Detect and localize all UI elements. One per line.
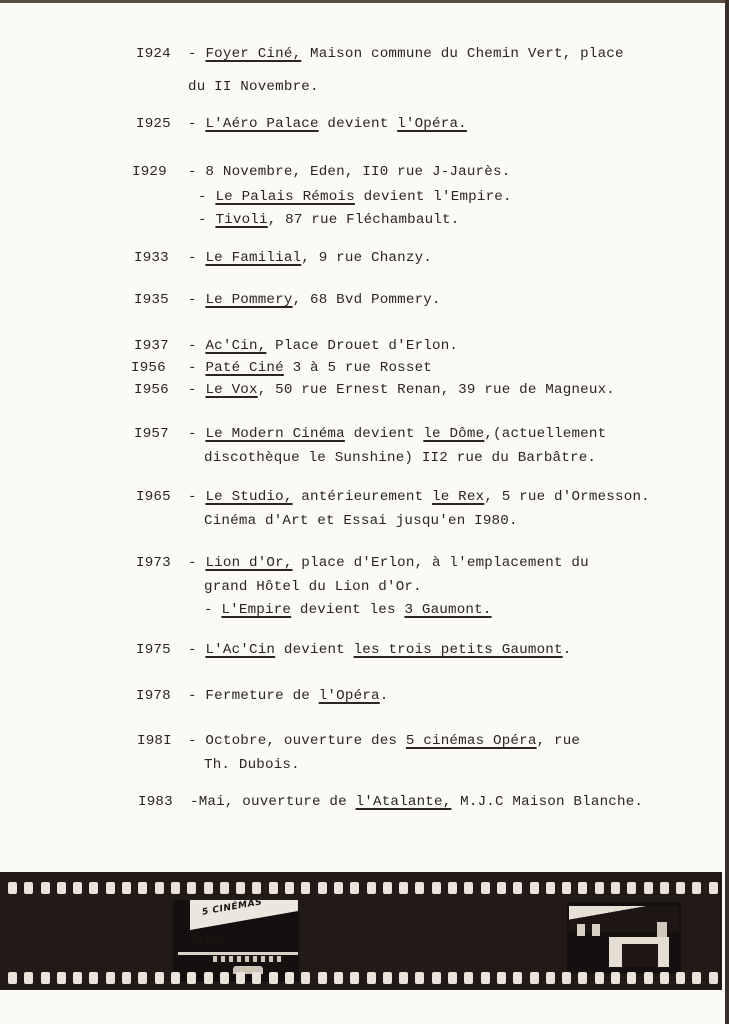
film-perforation <box>464 972 473 984</box>
film-perforation <box>252 972 261 984</box>
film-perforation <box>692 972 701 984</box>
venue-name: L'Aéro Palace <box>205 116 318 132</box>
film-perforation <box>562 882 571 894</box>
film-perforation <box>546 972 555 984</box>
venue-name: Le Palais Rémois <box>215 189 354 205</box>
film-perforation <box>57 972 66 984</box>
film-perforation <box>73 972 82 984</box>
venue-name: Paté Ciné <box>205 360 283 376</box>
film-perforation <box>73 882 82 894</box>
entry-year: I983 <box>138 792 198 812</box>
entry-line: - Lion d'Or, place d'Erlon, à l'emplacem… <box>188 553 589 573</box>
film-perforation <box>252 882 261 894</box>
venue-name: l'Atalante, <box>356 794 452 810</box>
house-door <box>622 944 658 967</box>
film-perforation <box>530 882 539 894</box>
entry-text: discothèque le Sunshine) II2 rue du Barb… <box>204 450 596 466</box>
entry-year: I965 <box>136 487 196 507</box>
house-window <box>592 924 600 936</box>
film-perforation <box>448 882 457 894</box>
film-perforation <box>220 972 229 984</box>
film-perforation <box>611 882 620 894</box>
entry-line: - Fermeture de l'Opéra. <box>188 686 388 706</box>
shopfront <box>213 956 283 962</box>
film-perforation <box>106 972 115 984</box>
film-perforation <box>350 882 359 894</box>
film-perforation <box>464 882 473 894</box>
film-perforation <box>138 972 147 984</box>
entry-year: I933 <box>134 248 194 268</box>
entry-text: grand Hôtel du Lion d'Or. <box>204 579 422 595</box>
film-perforation <box>481 882 490 894</box>
film-perforations-top <box>8 882 722 894</box>
entry-line: - L'Empire devient les 3 Gaumont. <box>204 600 492 620</box>
film-perforation <box>481 972 490 984</box>
film-perforation <box>8 882 17 894</box>
film-perforation <box>676 972 685 984</box>
entry-line: - Foyer Ciné, Maison commune du Chemin V… <box>188 44 624 64</box>
venue-name: L'Ac'Cin <box>205 642 275 658</box>
film-perforation <box>399 882 408 894</box>
entry-text: 3 à 5 rue Rosset <box>284 360 432 376</box>
cinema-sign: 5 CINÉMAS OPÉRA <box>190 900 298 930</box>
entry-line: grand Hôtel du Lion d'Or. <box>204 577 422 597</box>
venue-name: 3 Gaumont. <box>404 602 491 618</box>
entry-text: antérieurement <box>293 489 432 505</box>
film-perforation <box>187 972 196 984</box>
entry-text: , 5 rue d'Ormesson. <box>484 489 650 505</box>
film-perforation <box>106 882 115 894</box>
entry-line: Th. Dubois. <box>204 755 300 775</box>
film-perforation <box>334 882 343 894</box>
house-panel <box>657 922 667 938</box>
venue-name: Le Pommery <box>205 292 292 308</box>
entry-text: Place Drouet d'Erlon. <box>266 338 458 354</box>
film-perforation <box>627 972 636 984</box>
entry-text: . <box>380 688 389 704</box>
entry-year: I973 <box>136 553 196 573</box>
venue-name: Le Studio, <box>205 489 292 505</box>
entry-line: -Mai, ouverture de l'Atalante, M.J.C Mai… <box>190 792 643 812</box>
venue-name: L'Empire <box>221 602 291 618</box>
film-perforation <box>383 882 392 894</box>
film-perforation <box>709 972 718 984</box>
film-perforation <box>155 972 164 984</box>
film-perforation <box>367 882 376 894</box>
film-perforation <box>513 882 522 894</box>
film-strip: 5 CINÉMAS OPÉRA <box>0 872 722 990</box>
film-perforation <box>122 882 131 894</box>
film-perforation <box>57 882 66 894</box>
venue-name: Le Familial <box>205 250 301 266</box>
film-perforation <box>448 972 457 984</box>
entry-line: - Le Vox, 50 rue Ernest Renan, 39 rue de… <box>188 380 615 400</box>
entry-text: Maison commune du Chemin Vert, place <box>301 46 623 62</box>
film-perforation <box>89 882 98 894</box>
film-perforation <box>301 972 310 984</box>
entry-text: du II Novembre. <box>188 79 319 95</box>
film-perforation <box>660 882 669 894</box>
entry-text: place d'Erlon, à l'emplacement du <box>293 555 589 571</box>
entry-text: , rue <box>537 733 581 749</box>
entry-text: - <box>188 116 205 132</box>
film-perforation <box>350 972 359 984</box>
entry-line: - Ac'Cin, Place Drouet d'Erlon. <box>188 336 458 356</box>
venue-name: le Dôme <box>423 426 484 442</box>
canopy <box>178 952 298 955</box>
venue-name: Foyer Ciné, <box>205 46 301 62</box>
film-perforation <box>285 972 294 984</box>
film-perforation <box>660 972 669 984</box>
film-perforations-bottom <box>8 972 722 984</box>
film-perforation <box>627 882 636 894</box>
film-perforation <box>155 882 164 894</box>
film-perforation <box>383 972 392 984</box>
film-perforation <box>578 882 587 894</box>
entry-text: - <box>188 642 205 658</box>
film-perforation <box>513 972 522 984</box>
house-window <box>577 924 585 936</box>
venue-name: l'Opéra. <box>397 116 467 132</box>
entry-text: - <box>188 360 205 376</box>
film-perforation <box>692 882 701 894</box>
film-perforation <box>611 972 620 984</box>
entry-text: - <box>188 292 205 308</box>
film-perforation <box>269 972 278 984</box>
film-perforation <box>415 882 424 894</box>
entry-text: . <box>563 642 572 658</box>
venue-name: Le Modern Cinéma <box>205 426 344 442</box>
film-perforation <box>236 972 245 984</box>
entry-text: -Mai, ouverture de <box>190 794 356 810</box>
film-perforation <box>644 972 653 984</box>
entry-text: - <box>188 46 205 62</box>
film-perforation <box>399 972 408 984</box>
film-perforation <box>497 882 506 894</box>
entry-text: devient <box>319 116 397 132</box>
film-perforation <box>236 882 245 894</box>
entry-year: I935 <box>134 290 194 310</box>
entry-text: - <box>188 382 205 398</box>
film-perforation <box>709 882 718 894</box>
entry-text: M.J.C Maison Blanche. <box>451 794 643 810</box>
entry-text: - <box>188 489 205 505</box>
entry-text: , 68 Bvd Pommery. <box>293 292 441 308</box>
entry-line: - Tivoli, 87 rue Fléchambault. <box>198 210 459 230</box>
entry-text: devient les <box>291 602 404 618</box>
entry-text: - Fermeture de <box>188 688 319 704</box>
entry-text: Cinéma d'Art et Essai jusqu'en I980. <box>204 513 518 529</box>
venue-name: Lion d'Or, <box>205 555 292 571</box>
film-perforation <box>220 882 229 894</box>
entry-line: - 8 Novembre, Eden, II0 rue J-Jaurès. <box>188 162 510 182</box>
film-perforation <box>415 972 424 984</box>
entry-text: , 50 rue Ernest Renan, 39 rue de Magneux… <box>258 382 615 398</box>
film-perforation <box>497 972 506 984</box>
entry-year: I937 <box>134 336 194 356</box>
entry-text: - <box>188 338 205 354</box>
film-perforation <box>595 972 604 984</box>
film-perforation <box>171 882 180 894</box>
film-perforation <box>301 882 310 894</box>
entry-text: - <box>188 250 205 266</box>
photo-cinemas-opera: 5 CINÉMAS OPÉRA <box>173 900 299 982</box>
entry-line: - Paté Ciné 3 à 5 rue Rosset <box>188 358 432 378</box>
film-perforation <box>595 882 604 894</box>
film-perforation <box>318 882 327 894</box>
photo-atalante <box>567 902 681 974</box>
venue-name: les trois petits Gaumont <box>354 642 563 658</box>
film-perforation <box>432 972 441 984</box>
venue-name: Tivoli <box>215 212 267 228</box>
entry-line: - L'Aéro Palace devient l'Opéra. <box>188 114 467 134</box>
entry-year: I956 <box>131 358 191 378</box>
film-perforation <box>676 882 685 894</box>
film-perforation <box>171 972 180 984</box>
film-perforation <box>41 972 50 984</box>
entry-year: I956 <box>134 380 194 400</box>
entry-line: - Le Pommery, 68 Bvd Pommery. <box>188 290 441 310</box>
entry-text: - <box>188 555 205 571</box>
film-perforation <box>546 882 555 894</box>
entry-year: I929 <box>132 162 192 182</box>
page-top-edge <box>0 0 729 3</box>
entry-text: devient <box>345 426 423 442</box>
film-perforation <box>138 882 147 894</box>
entry-year: I975 <box>136 640 196 660</box>
entry-line: discothèque le Sunshine) II2 rue du Barb… <box>204 448 596 468</box>
film-perforation <box>187 882 196 894</box>
entry-text: ,(actuellement <box>484 426 606 442</box>
film-perforation <box>318 972 327 984</box>
entry-text: , 87 rue Fléchambault. <box>268 212 460 228</box>
film-perforation <box>530 972 539 984</box>
entry-line: Cinéma d'Art et Essai jusqu'en I980. <box>204 511 518 531</box>
film-perforation <box>204 882 213 894</box>
entry-line: - Le Modern Cinéma devient le Dôme,(actu… <box>188 424 606 444</box>
entry-text: devient l'Empire. <box>355 189 512 205</box>
film-perforation <box>269 882 278 894</box>
film-perforation <box>89 972 98 984</box>
page-right-edge <box>725 0 729 1024</box>
film-perforation <box>644 882 653 894</box>
entry-line: - Le Familial, 9 rue Chanzy. <box>188 248 432 268</box>
venue-name: 5 cinémas Opéra <box>406 733 537 749</box>
entry-year: I978 <box>136 686 196 706</box>
entry-line: - Le Palais Rémois devient l'Empire. <box>198 187 512 207</box>
entry-year: I957 <box>134 424 194 444</box>
film-perforation <box>24 882 33 894</box>
film-perforation <box>122 972 131 984</box>
venue-name: Le Vox <box>205 382 257 398</box>
film-perforation <box>204 972 213 984</box>
entry-text: - Octobre, ouverture des <box>188 733 406 749</box>
film-perforation <box>24 972 33 984</box>
film-perforation <box>41 882 50 894</box>
entry-line: - Octobre, ouverture des 5 cinémas Opéra… <box>188 731 580 751</box>
entry-year: I925 <box>136 114 196 134</box>
entry-line: - Le Studio, antérieurement le Rex, 5 ru… <box>188 487 650 507</box>
film-perforation <box>367 972 376 984</box>
film-perforation <box>578 972 587 984</box>
entry-text: - 8 Novembre, Eden, II0 rue J-Jaurès. <box>188 164 510 180</box>
film-perforation <box>8 972 17 984</box>
entry-text: Th. Dubois. <box>204 757 300 773</box>
entry-text: - <box>198 189 215 205</box>
venue-name: le Rex <box>432 489 484 505</box>
venue-name: Ac'Cin, <box>205 338 266 354</box>
film-perforation <box>432 882 441 894</box>
entry-text: - <box>188 426 205 442</box>
entry-line: - L'Ac'Cin devient les trois petits Gaum… <box>188 640 571 660</box>
entry-text: devient <box>275 642 353 658</box>
entry-year: I924 <box>136 44 196 64</box>
film-perforation <box>562 972 571 984</box>
entry-text: - <box>204 602 221 618</box>
venue-name: l'Opéra <box>319 688 380 704</box>
entry-line: du II Novembre. <box>188 77 319 97</box>
entry-text: , 9 rue Chanzy. <box>301 250 432 266</box>
film-perforation <box>285 882 294 894</box>
film-perforation <box>334 972 343 984</box>
entry-text: - <box>198 212 215 228</box>
